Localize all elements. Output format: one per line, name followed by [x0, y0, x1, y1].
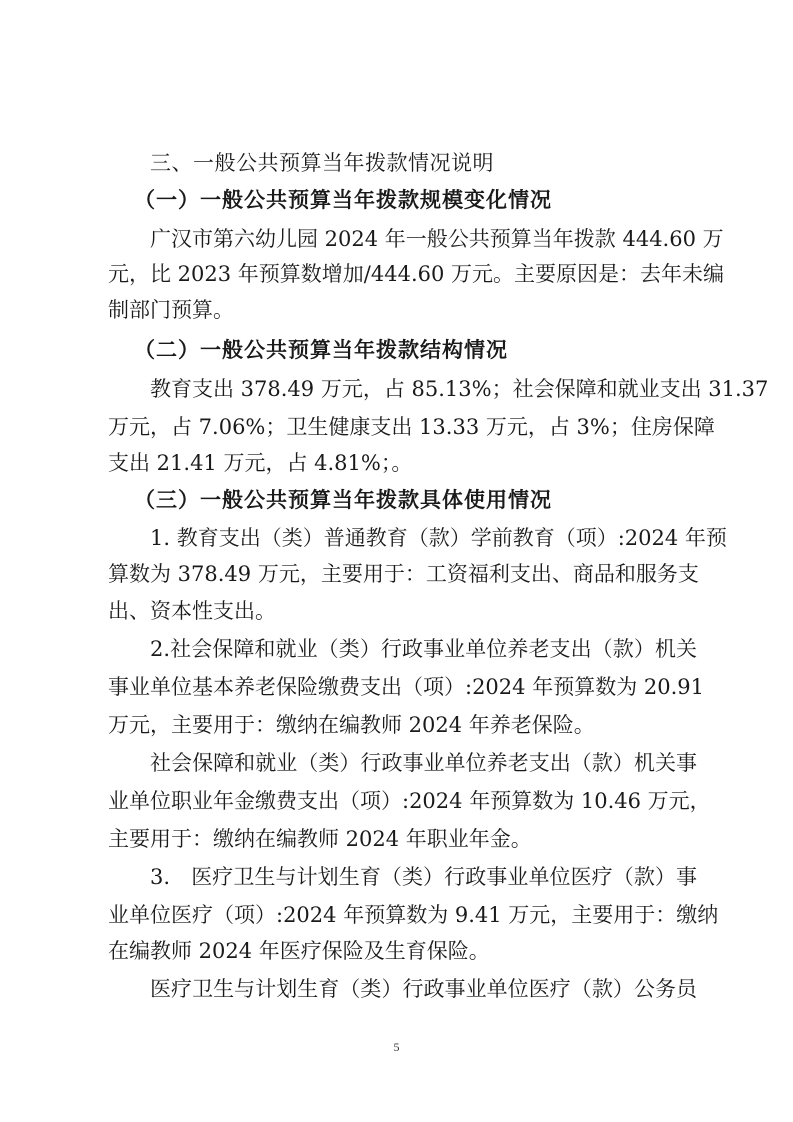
paragraph-line: 万元，主要用于：缴纳在编教师 2024 年养老保险。 — [108, 710, 697, 740]
document-page: 三、一般公共预算当年拨款情况说明 （一）一般公共预算当年拨款规模变化情况 广汉市… — [0, 0, 793, 1122]
page-number: 5 — [0, 1040, 793, 1055]
paragraph-line: 支出 21.41 万元，占 4.81%；。 — [108, 448, 697, 478]
paragraph-line: 业单位职业年金缴费支出（项）:2024 年预算数为 10.46 万元， — [108, 786, 697, 816]
paragraph-line: 在编教师 2024 年医疗保险及生育保险。 — [108, 936, 697, 966]
paragraph-line: 事业单位基本养老保险缴费支出（项）:2024 年预算数为 20.91 — [108, 672, 697, 702]
paragraph-line: 主要用于：缴纳在编教师 2024 年职业年金。 — [108, 824, 697, 854]
paragraph-line: 1. 教育支出（类）普通教育（款）学前教育（项）:2024 年预 — [150, 523, 697, 553]
paragraph-line: 3. 医疗卫生与计划生育（类）行政事业单位医疗（款）事 — [150, 862, 697, 892]
paragraph-line: 元，比 2023 年预算数增加/444.60 万元。主要原因是：去年未编 — [108, 259, 697, 289]
paragraph-line: 制部门预算。 — [108, 295, 697, 325]
paragraph-line: 广汉市第六幼儿园 2024 年一般公共预算当年拨款 444.60 万 — [150, 224, 697, 254]
subsection-heading-2: （二）一般公共预算当年拨款结构情况 — [134, 335, 508, 365]
subsection-heading-1: （一）一般公共预算当年拨款规模变化情况 — [134, 185, 552, 215]
paragraph-line: 社会保障和就业（类）行政事业单位养老支出（款）机关事 — [150, 748, 697, 778]
paragraph-line: 算数为 378.49 万元，主要用于：工资福利支出、商品和服务支 — [108, 559, 697, 589]
paragraph-line: 万元，占 7.06%；卫生健康支出 13.33 万元，占 3%；住房保障 — [108, 412, 697, 442]
paragraph-line: 教育支出 378.49 万元，占 85.13%；社会保障和就业支出 31.37 — [150, 374, 697, 404]
subsection-heading-3: （三）一般公共预算当年拨款具体使用情况 — [134, 485, 552, 515]
paragraph-line: 医疗卫生与计划生育（类）行政事业单位医疗（款）公务员 — [150, 974, 697, 1004]
paragraph-line: 2.社会保障和就业（类）行政事业单位养老支出（款）机关 — [150, 634, 697, 664]
paragraph-line: 业单位医疗（项）:2024 年预算数为 9.41 万元，主要用于：缴纳 — [108, 900, 697, 930]
paragraph-line: 出、资本性支出。 — [108, 596, 697, 626]
section-title: 三、一般公共预算当年拨款情况说明 — [150, 148, 494, 178]
